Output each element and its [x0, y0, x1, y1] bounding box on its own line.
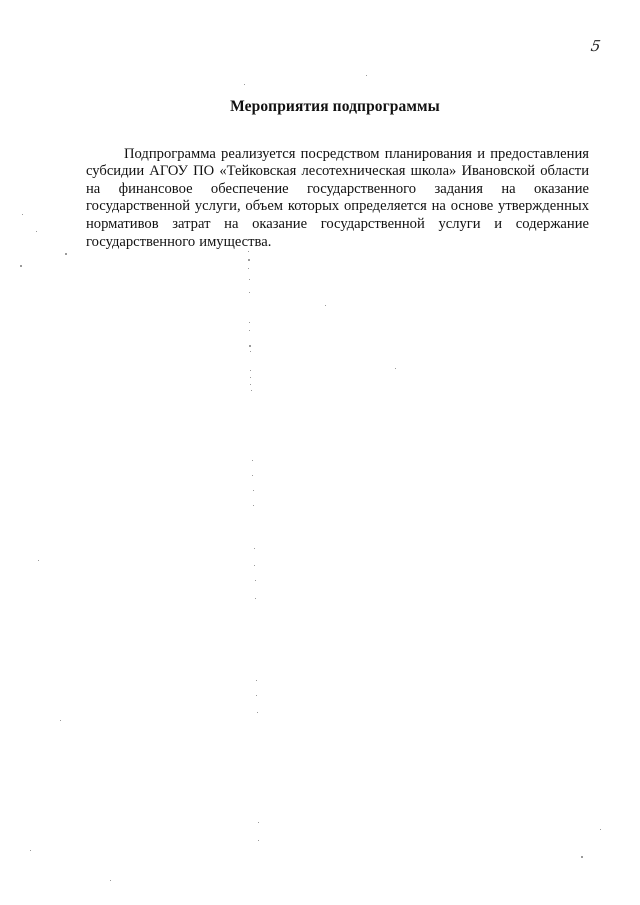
body-paragraph: Подпрограмма реализуется посредством пла… [86, 146, 589, 252]
document-page: 5 Мероприятия подпрограммы Подпрограмма … [0, 0, 640, 905]
section-heading: Мероприятия подпрограммы [0, 98, 640, 116]
page-number: 5 [590, 37, 602, 55]
